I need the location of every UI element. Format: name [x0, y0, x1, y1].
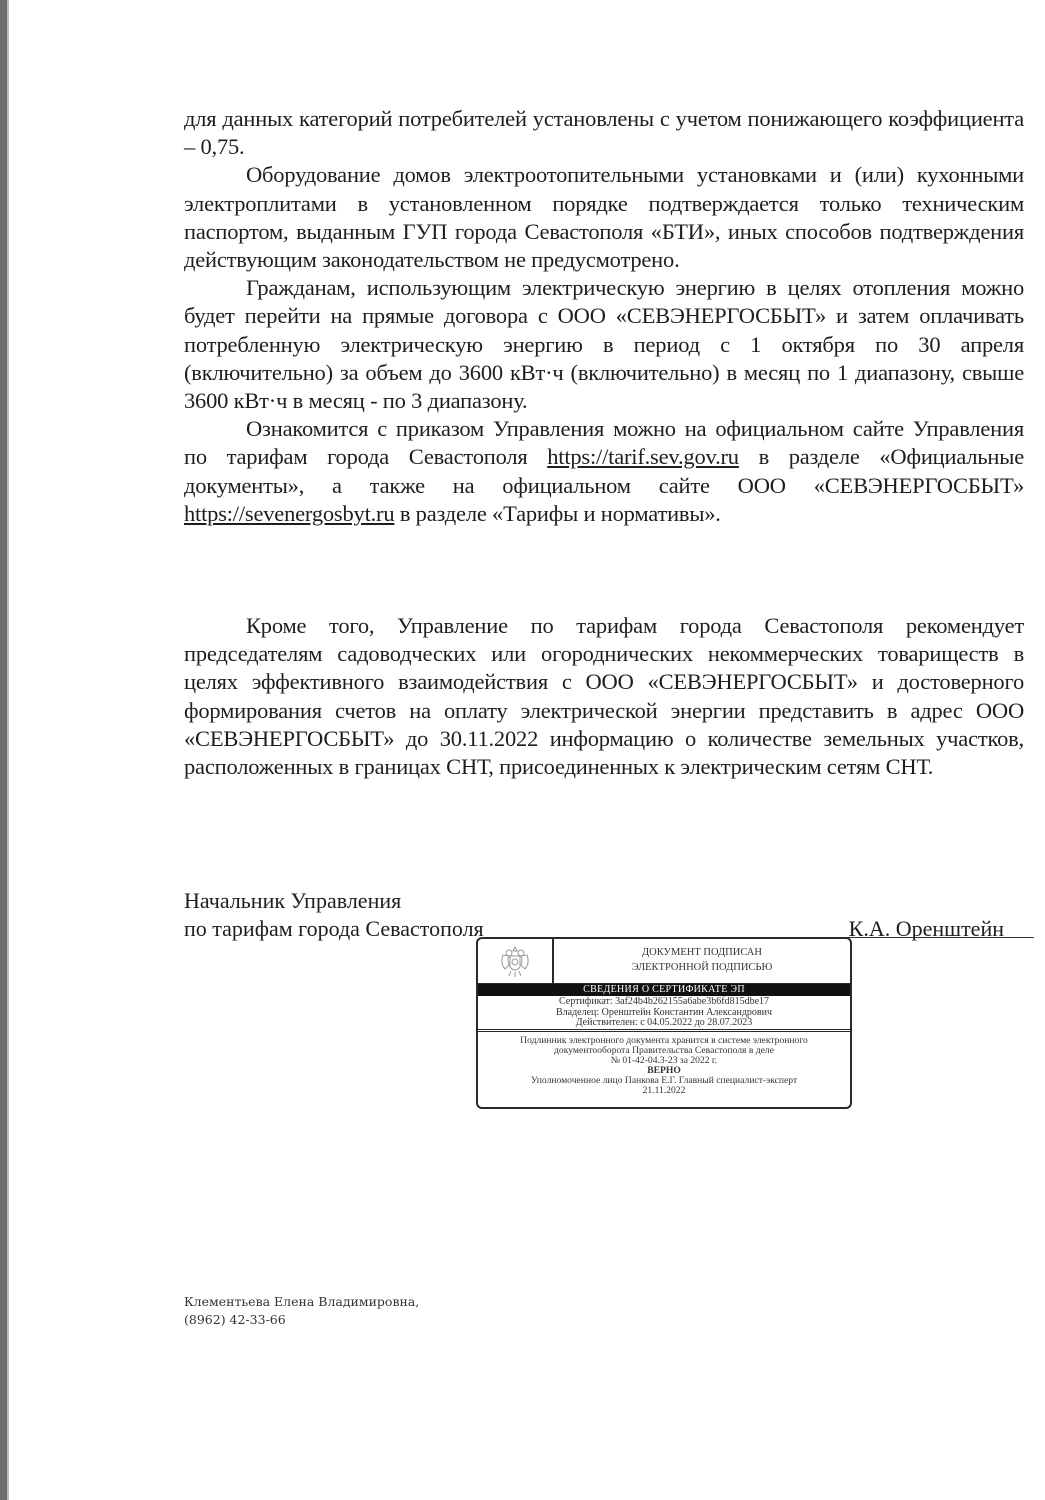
stamp-storage-info: Подлинник электронного документа хранитс… — [478, 1032, 850, 1096]
contact-info: Клементьева Елена Владимировна, (8962) 4… — [184, 1293, 419, 1329]
link-tarif-sev-gov[interactable]: https://tarif.sev.gov.ru — [547, 444, 739, 469]
electronic-signature-stamp: ДОКУМЕНТ ПОДПИСАН ЭЛЕКТРОННОЙ ПОДПИСЬЮ С… — [476, 937, 852, 1109]
scan-edge-highlight — [7, 0, 9, 1500]
paragraph-direct-contracts: Гражданам, использующим электрическую эн… — [184, 274, 1024, 415]
signatory-name: К.А. Оренштейн — [849, 915, 1004, 943]
contact-name: Клементьева Елена Владимировна, — [184, 1293, 419, 1311]
stamp-title: ДОКУМЕНТ ПОДПИСАН ЭЛЕКТРОННОЙ ПОДПИСЬЮ — [554, 945, 850, 975]
stamp-certificate-band: СВЕДЕНИЯ О СЕРТИФИКАТЕ ЭП — [478, 984, 850, 996]
link-sevenergosbyt[interactable]: https://sevenergosbyt.ru — [184, 501, 394, 526]
stamp-certificate-info: Сертификат: 3af24b4b262155a6abe3b6fd815d… — [478, 996, 850, 1032]
stamp-certificate-validity: Действителен: с 04.05.2022 до 28.07.2023 — [478, 1018, 850, 1029]
paragraph-official-sites: Ознакомится с приказом Управления можно … — [184, 415, 1024, 528]
scan-edge-shadow — [0, 0, 7, 1500]
stamp-date: 21.11.2022 — [478, 1086, 850, 1096]
letter-body-recommendation: Кроме того, Управление по тарифам города… — [184, 612, 1024, 781]
signature-position-line1: Начальник Управления — [184, 887, 1024, 915]
coat-of-arms-icon — [478, 939, 554, 983]
paragraph-official-sites-text-3: в разделе «Тарифы и нормативы». — [394, 501, 720, 526]
stamp-certificate-number: Сертификат: 3af24b4b262155a6abe3b6fd815d… — [478, 997, 850, 1008]
signature-block: Начальник Управления по тарифам города С… — [184, 887, 1024, 943]
letter-body-main: для данных категорий потребителей устано… — [184, 105, 1024, 528]
paragraph-snt-recommendation: Кроме того, Управление по тарифам города… — [184, 612, 1024, 781]
stamp-title-line2: ЭЛЕКТРОННОЙ ПОДПИСЬЮ — [554, 960, 850, 975]
paragraph-equipment-confirmation: Оборудование домов электроотопительными … — [184, 161, 1024, 274]
stamp-title-line1: ДОКУМЕНТ ПОДПИСАН — [554, 945, 850, 960]
contact-phone: (8962) 42-33-66 — [184, 1311, 419, 1329]
stamp-header: ДОКУМЕНТ ПОДПИСАН ЭЛЕКТРОННОЙ ПОДПИСЬЮ — [478, 939, 850, 984]
paragraph-coefficient: для данных категорий потребителей устано… — [184, 105, 1024, 161]
